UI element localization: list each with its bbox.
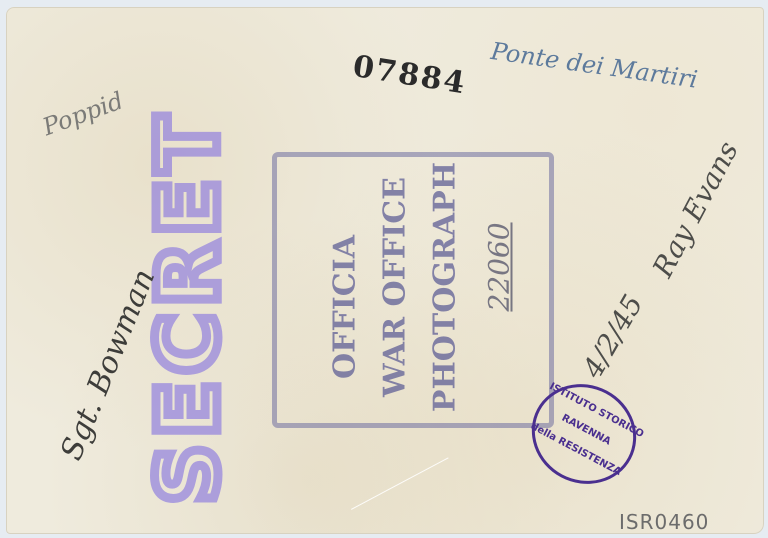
secret-stamp: SECRET: [139, 110, 237, 505]
corner-note: Poppid: [39, 86, 127, 141]
official-war-office-stamp: OFFICIA WAR OFFICE PHOTOGRAPH 22060: [272, 152, 554, 428]
stamp-line-photograph: PHOTOGRAPH: [428, 162, 463, 412]
serial-number: 07884: [351, 49, 469, 101]
stamp-line-official: OFFICIA: [328, 235, 363, 379]
archive-code: ISR0460: [619, 510, 709, 534]
stamp-line-war-office: WAR OFFICE: [378, 177, 413, 397]
pencil-date-note: 4/2/45: [576, 289, 650, 384]
location-note: Ponte dei Martiri: [489, 37, 699, 94]
photo-back-card: 07884 Ponte dei Martiri Poppid SECRET Sg…: [6, 7, 764, 534]
stamp-photo-number: 22060: [483, 222, 516, 311]
paper-crease: [351, 457, 449, 510]
pencil-name-note: Ray Evans: [646, 136, 745, 283]
